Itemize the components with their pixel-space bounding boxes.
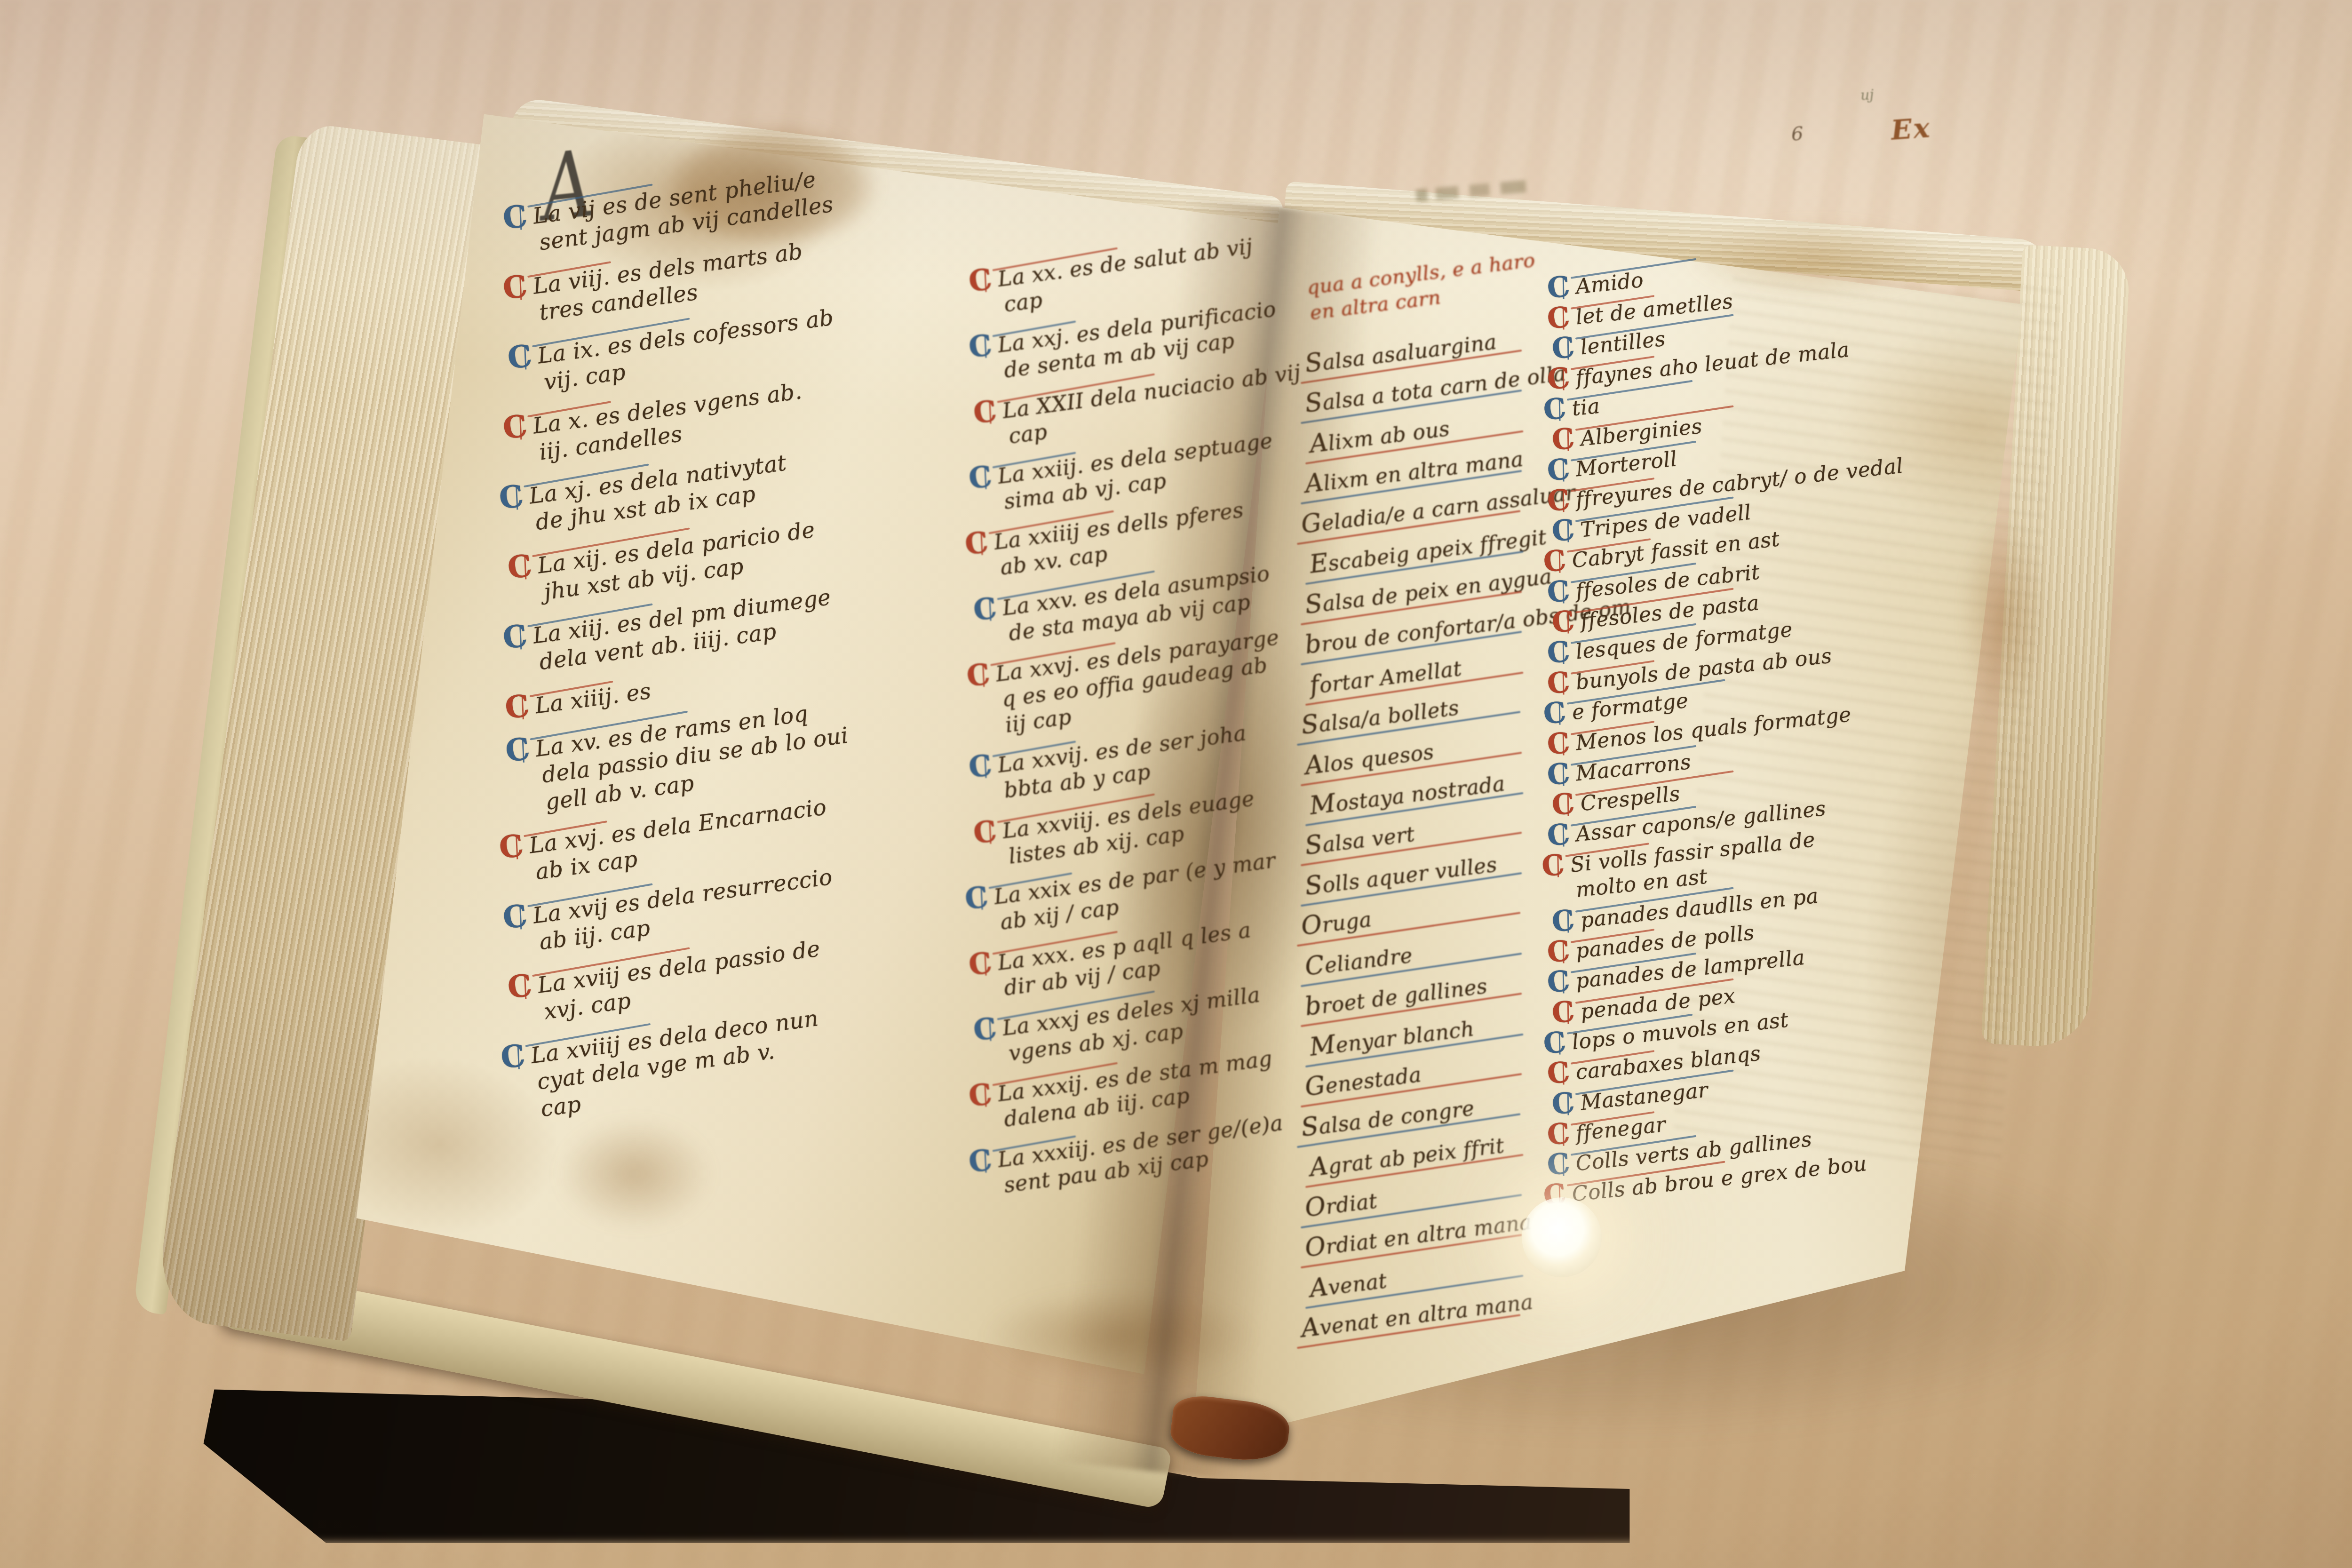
pilcrow-mark-icon: C bbox=[967, 753, 993, 780]
pilcrow-mark-icon: C bbox=[1546, 305, 1571, 331]
pilcrow-mark-icon: C bbox=[498, 483, 525, 511]
entry-text: La xviiij es dela deco nuncyat dela vge … bbox=[529, 1005, 827, 1123]
pilcrow-mark-icon: C bbox=[967, 1147, 993, 1175]
pilcrow-mark-icon: C bbox=[1550, 1090, 1576, 1117]
pilcrow-mark-icon: C bbox=[967, 464, 993, 492]
pilcrow-mark-icon: C bbox=[506, 553, 534, 581]
pilcrow-mark-icon: C bbox=[1546, 761, 1571, 788]
pilcrow-mark-icon: C bbox=[1546, 274, 1571, 301]
pilcrow-mark-icon: C bbox=[972, 596, 998, 623]
pilcrow-mark-icon: C bbox=[1546, 457, 1571, 483]
pilcrow-mark-icon: C bbox=[501, 902, 529, 931]
left-page-column-2: CLa xx. es de salut ab vijcapCLa xxj. es… bbox=[971, 271, 1306, 1217]
pilcrow-mark-icon: C bbox=[972, 398, 998, 426]
pilcrow-mark-icon: C bbox=[503, 692, 531, 721]
pilcrow-mark-icon: C bbox=[967, 267, 993, 294]
pilcrow-mark-icon: C bbox=[506, 972, 534, 1001]
pilcrow-mark-icon: C bbox=[967, 950, 993, 978]
pilcrow-mark-icon: C bbox=[965, 661, 992, 689]
pilcrow-mark-icon: C bbox=[1550, 426, 1576, 453]
pilcrow-mark-icon: C bbox=[501, 413, 529, 442]
pilcrow-mark-icon: C bbox=[1550, 335, 1576, 361]
folio-corner-mark: Ex bbox=[1890, 111, 1932, 146]
pilcrow-mark-icon: C bbox=[1550, 792, 1576, 818]
pilcrow-mark-icon: C bbox=[501, 273, 529, 302]
left-page-column-1: CLa vij es de sent pheliu/esent jagm ab … bbox=[506, 207, 852, 1143]
pilcrow-mark-icon: C bbox=[1542, 1030, 1567, 1056]
pilcrow-mark-icon: C bbox=[1542, 700, 1567, 726]
pilcrow-mark-icon: C bbox=[1546, 731, 1571, 757]
pilcrow-mark-icon: C bbox=[972, 1016, 998, 1044]
pilcrow-mark-icon: C bbox=[1546, 822, 1571, 848]
pilcrow-mark-icon: C bbox=[504, 736, 532, 764]
pilcrow-mark-icon: C bbox=[1546, 969, 1571, 995]
pilcrow-mark-icon: C bbox=[1546, 1152, 1571, 1178]
pilcrow-mark-icon: C bbox=[1546, 939, 1571, 965]
pilcrow-mark-icon: C bbox=[1546, 670, 1571, 696]
pilcrow-mark-icon: C bbox=[499, 1043, 527, 1071]
pilcrow-mark-icon: C bbox=[967, 1082, 993, 1109]
pilcrow-mark-icon: C bbox=[1550, 609, 1576, 635]
pilcrow-mark-icon: C bbox=[501, 623, 529, 652]
photo-scene: A CLa vij es de sent pheliu/esent jagm a… bbox=[0, 0, 2352, 1568]
pilcrow-mark-icon: C bbox=[967, 333, 993, 360]
pilcrow-mark-icon: C bbox=[972, 819, 998, 846]
pilcrow-mark-icon: C bbox=[1550, 908, 1576, 934]
pilcrow-mark-icon: C bbox=[1546, 1121, 1571, 1147]
pilcrow-mark-icon: C bbox=[1550, 517, 1576, 544]
pilcrow-mark-icon: C bbox=[1541, 852, 1566, 879]
folio-number: 6 bbox=[1791, 123, 1804, 145]
pilcrow-mark-icon: C bbox=[1550, 999, 1576, 1026]
pilcrow-mark-icon: C bbox=[1542, 396, 1567, 422]
pilcrow-mark-icon: C bbox=[1546, 487, 1571, 514]
pilcrow-mark-icon: C bbox=[1546, 579, 1571, 605]
pilcrow-mark-icon: C bbox=[506, 343, 534, 372]
spotlight-reflection bbox=[1522, 1197, 1602, 1277]
pilcrow-mark-icon: C bbox=[1542, 548, 1567, 574]
folio-note: uj bbox=[1860, 87, 1875, 104]
pilcrow-mark-icon: C bbox=[1546, 1060, 1571, 1087]
pilcrow-mark-icon: C bbox=[498, 833, 525, 861]
entry-text: Celiandre bbox=[1303, 938, 1414, 982]
pilcrow-mark-icon: C bbox=[1546, 639, 1571, 666]
pilcrow-mark-icon: C bbox=[1546, 366, 1571, 392]
pilcrow-mark-icon: C bbox=[963, 884, 990, 912]
pilcrow-mark-icon: C bbox=[501, 203, 529, 232]
pilcrow-mark-icon: C bbox=[963, 530, 990, 557]
right-page-column-2: CAmidoClet de ametllesClentillesCffaynes… bbox=[1548, 278, 1905, 1216]
